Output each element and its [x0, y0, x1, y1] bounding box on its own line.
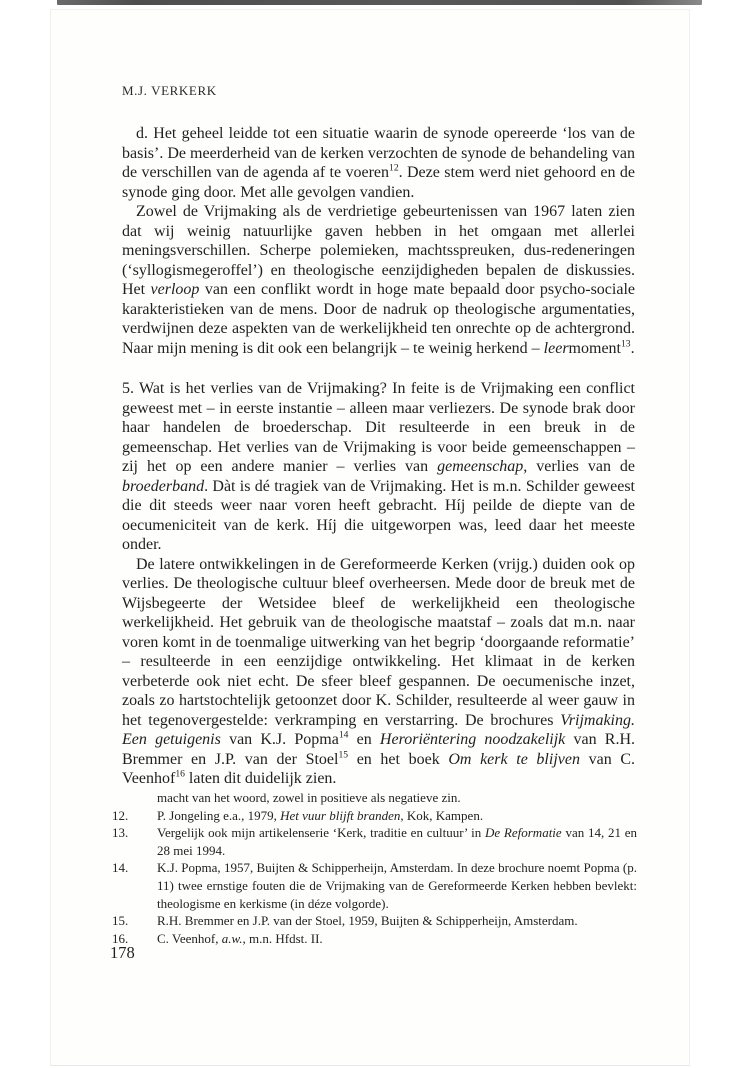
footnote-reference: 13	[621, 338, 631, 349]
text-segment: macht van het woord, zowel in positieve …	[157, 790, 461, 805]
text-segment: , verlies van de	[523, 458, 635, 475]
text-segment: Heroriëntering noodzakelijk	[380, 731, 565, 748]
text-segment: en het boek	[348, 751, 448, 768]
text-segment: De Reformatie	[485, 825, 562, 840]
paragraph: 5. Wat is het verlies van de Vrijmaking?…	[122, 379, 635, 555]
text-segment: , Kok, Kampen.	[400, 808, 483, 823]
text-segment: Het vuur blijft branden	[280, 808, 400, 823]
footnote-text: Vergelijk ook mijn artikelenserie ‘Kerk,…	[157, 825, 637, 858]
scan-edge-artifact	[57, 0, 702, 5]
running-header: M.J. VERKERK	[122, 83, 217, 99]
text-segment: Vergelijk ook mijn artikelenserie ‘Kerk,…	[157, 825, 485, 840]
text-segment: leer	[544, 340, 569, 357]
text-segment: .	[631, 340, 635, 357]
footnote: 14.K.J. Popma, 1957, Buijten & Schipperh…	[112, 859, 637, 912]
text-segment: K.J. Popma, 1957, Buijten & Schipperheij…	[157, 860, 637, 910]
text-segment: broederband	[122, 478, 204, 495]
text-segment: en	[348, 731, 380, 748]
footnote-number: 14.	[112, 859, 157, 877]
text-segment: moment	[569, 340, 621, 357]
text-segment: R.H. Bremmer en J.P. van der Stoel, 1959…	[157, 913, 578, 928]
text-segment: verloop	[151, 281, 200, 298]
footnote-reference: 14	[339, 730, 349, 741]
footnote-reference: 12	[389, 163, 399, 174]
paragraph: Zowel de Vrijmaking als de verdrietige g…	[122, 202, 635, 358]
text-segment: van K.J. Popma	[221, 731, 339, 748]
footnote-number: 12.	[112, 807, 157, 825]
footnote-reference: 16	[175, 769, 185, 780]
text-segment: De latere ontwikkelingen in de Gereforme…	[122, 556, 635, 729]
footnote-number: 15.	[112, 912, 157, 930]
text-segment: gemeenschap	[437, 458, 523, 475]
footnote-text: K.J. Popma, 1957, Buijten & Schipperheij…	[157, 860, 637, 910]
footnote: macht van het woord, zowel in positieve …	[112, 789, 637, 807]
footnote-reference: 15	[338, 749, 348, 760]
text-segment: C. Veenhof,	[157, 931, 222, 946]
footnote-text: P. Jongeling e.a., 1979, Het vuur blijft…	[157, 808, 483, 823]
footnote: 16.C. Veenhof, a.w., m.n. Hfdst. II.	[112, 930, 637, 948]
text-segment: P. Jongeling e.a., 1979,	[157, 808, 280, 823]
footnotes: macht van het woord, zowel in positieve …	[112, 789, 637, 947]
footnote: 12.P. Jongeling e.a., 1979, Het vuur bli…	[112, 807, 637, 825]
footnote-number: 13.	[112, 824, 157, 842]
footnote-text: R.H. Bremmer en J.P. van der Stoel, 1959…	[157, 913, 578, 928]
text-segment: Om kerk te blijven	[448, 751, 580, 768]
footnote: 13.Vergelijk ook mijn artikelenserie ‘Ke…	[112, 824, 637, 859]
footnote: 15.R.H. Bremmer en J.P. van der Stoel, 1…	[112, 912, 637, 930]
page-number: 178	[110, 943, 135, 963]
paragraph: d. Het geheel leidde tot een situatie wa…	[122, 124, 635, 202]
footnote-text: macht van het woord, zowel in positieve …	[157, 790, 461, 805]
paragraph: De latere ontwikkelingen in de Gereforme…	[122, 555, 635, 789]
text-segment: a.w.	[222, 931, 243, 946]
text-segment: laten dit duidelijk zien.	[185, 770, 337, 787]
text-segment: , m.n. Hfdst. II.	[242, 931, 322, 946]
footnote-text: C. Veenhof, a.w., m.n. Hfdst. II.	[157, 931, 323, 946]
body-text: d. Het geheel leidde tot een situatie wa…	[122, 124, 635, 789]
